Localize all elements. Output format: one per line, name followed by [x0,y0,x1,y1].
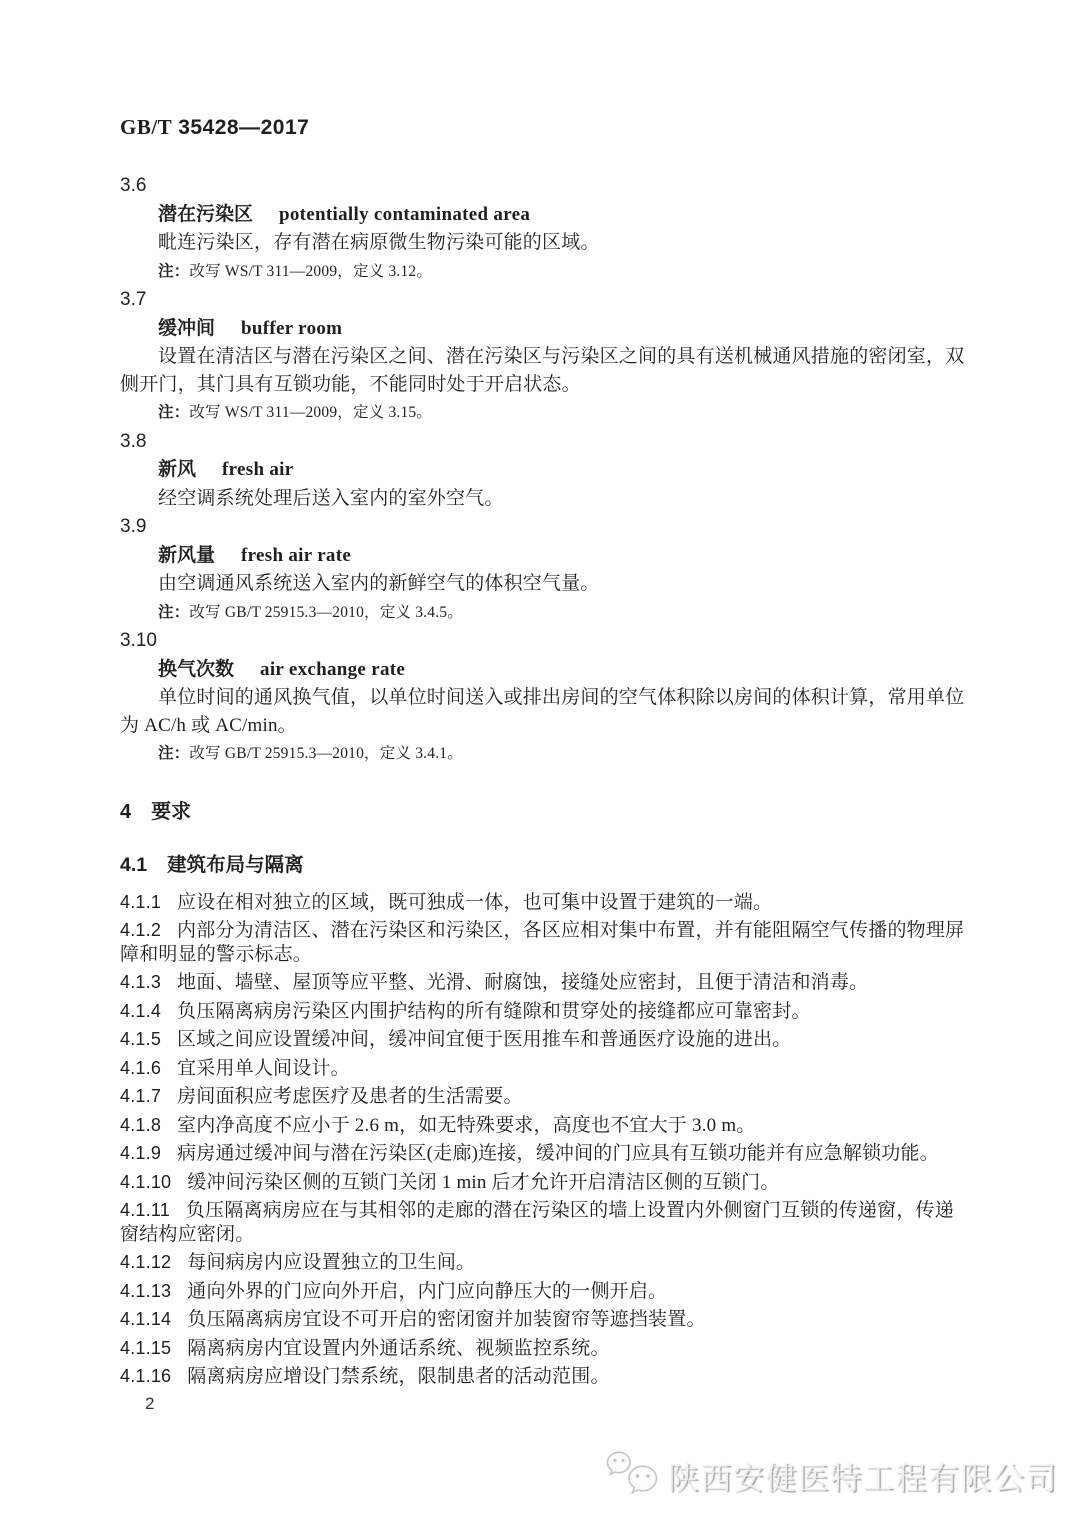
clause-4-1-2: 4.1.2内部分为清洁区、潜在污染区和污染区，各区应相对集中布置，并有能阻隔空气… [120,919,972,966]
clause-number: 4.1.7 [120,1086,161,1106]
clause-number: 4.1.9 [120,1143,161,1163]
clause-4-1-8: 4.1.8室内净高度不应小于 2.6 m，如无特殊要求，高度也不宜大于 3.0 … [120,1114,972,1138]
section-4-1-heading: 4.1建筑布局与隔离 [120,849,972,877]
term-title-en: fresh air rate [241,545,351,566]
term-group-3-10: 3.10 换气次数air exchange rate 单位时间的通风换气值，以单… [120,627,972,768]
term-definition: 毗连污染区，存有潜在病原微生物污染可能的区域。 [120,229,972,257]
clause-text: 负压隔离病房宜设不可开启的密闭窗并加装窗帘等遮挡装置。 [187,1309,705,1330]
clause-text: 室内净高度不应小于 2.6 m，如无特殊要求，高度也不宜大于 3.0 m。 [177,1115,755,1136]
clause-number: 4.1.10 [120,1172,171,1192]
clause-number: 4.1.2 [120,920,161,940]
clause-text: 病房通过缓冲间与潜在污染区(走廊)连接，缓冲间的门应具有互锁功能并有应急解锁功能… [177,1143,939,1164]
section-4-title: 要求 [151,801,191,823]
clause-number: 4.1.14 [120,1309,171,1329]
term-definition: 单位时间的通风换气值，以单位时间送入或排出房间的空气体积除以房间的体积计算，常用… [120,684,972,739]
term-title: 新风量fresh air rate [158,542,972,570]
section-4-1-number: 4.1 [120,854,147,876]
clause-4-1-16: 4.1.16隔离病房应增设门禁系统，限制患者的活动范围。 [120,1365,972,1389]
clause-4-1-4: 4.1.4负压隔离病房污染区内围护结构的所有缝隙和贯穿处的接缝都应可靠密封。 [120,1000,972,1024]
term-title-cn: 换气次数 [158,659,234,680]
term-id: 3.9 [120,513,972,541]
clause-number: 4.1.8 [120,1115,161,1135]
company-watermark: 陕西安健医特工程有限公司 [604,1449,1058,1502]
term-title: 换气次数air exchange rate [158,656,972,684]
clause-text: 隔离病房内宜设置内外通话系统、视频监控系统。 [187,1338,609,1359]
clause-number: 4.1.6 [120,1058,161,1078]
clause-4-1-6: 4.1.6宜采用单人间设计。 [120,1057,972,1081]
term-title: 缓冲间buffer room [158,315,972,343]
term-id: 3.10 [120,627,972,655]
term-definition: 设置在清洁区与潜在污染区之间、潜在污染区与污染区之间的具有送机械通风措施的密闭室… [120,343,972,398]
term-definition: 由空调通风系统送入室内的新鲜空气的体积空气量。 [120,570,972,598]
clause-4-1-10: 4.1.10缓冲间污染区侧的互锁门关闭 1 min 后才允许开启清洁区侧的互锁门… [120,1171,972,1195]
term-title: 潜在污染区potentially contaminated area [158,201,972,229]
clause-4-1-7: 4.1.7房间面积应考虑医疗及患者的生活需要。 [120,1085,972,1109]
clause-list: 4.1.1应设在相对独立的区域，既可独成一体，也可集中设置于建筑的一端。 4.1… [120,891,972,1389]
term-group-3-6: 3.6 潜在污染区potentially contaminated area 毗… [120,172,972,285]
clause-text: 应设在相对独立的区域，既可独成一体，也可集中设置于建筑的一端。 [177,892,772,913]
wechat-icon [604,1449,660,1502]
terms-section: 3.6 潜在污染区potentially contaminated area 毗… [120,172,972,768]
doc-number-digits: 35428—2017 [178,116,309,139]
term-note: 注：改写 WS/T 311—2009，定义 3.15。 [158,399,972,427]
clause-text: 通向外界的门应向外开启，内门应向静压大的一侧开启。 [187,1281,667,1302]
clause-4-1-13: 4.1.13通向外界的门应向外开启，内门应向静压大的一侧开启。 [120,1280,972,1304]
clause-number: 4.1.12 [120,1252,171,1272]
clause-4-1-5: 4.1.5区域之间应设置缓冲间，缓冲间宜便于医用推车和普通医疗设施的进出。 [120,1028,972,1052]
term-title-cn: 新风 [158,459,196,480]
term-title-cn: 潜在污染区 [158,204,253,225]
clause-4-1-3: 4.1.3地面、墙壁、屋顶等应平整、光滑、耐腐蚀，接缝处应密封，且便于清洁和消毒… [120,971,972,995]
term-note: 注：改写 WS/T 311—2009，定义 3.12。 [158,258,972,286]
term-title-cn: 新风量 [158,545,215,566]
clause-number: 4.1.15 [120,1338,171,1358]
clause-number: 4.1.11 [120,1200,170,1220]
clause-text: 隔离病房应增设门禁系统，限制患者的活动范围。 [187,1366,609,1387]
clause-4-1-9: 4.1.9病房通过缓冲间与潜在污染区(走廊)连接，缓冲间的门应具有互锁功能并有应… [120,1142,972,1166]
clause-4-1-14: 4.1.14负压隔离病房宜设不可开启的密闭窗并加装窗帘等遮挡装置。 [120,1308,972,1332]
term-title: 新风fresh air [158,456,972,484]
term-definition: 经空调系统处理后送入室内的室外空气。 [120,485,972,513]
term-title-en: fresh air [222,459,293,480]
clause-text: 区域之间应设置缓冲间，缓冲间宜便于医用推车和普通医疗设施的进出。 [177,1029,791,1050]
section-4-1-title: 建筑布局与隔离 [167,855,304,876]
clause-text: 负压隔离病房污染区内围护结构的所有缝隙和贯穿处的接缝都应可靠密封。 [177,1001,811,1022]
section-4-heading: 4要求 [120,795,972,824]
clause-text: 缓冲间污染区侧的互锁门关闭 1 min 后才允许开启清洁区侧的互锁门。 [187,1172,779,1193]
clause-number: 4.1.1 [120,892,161,912]
clause-number: 4.1.3 [120,972,161,992]
term-note: 注：改写 GB/T 25915.3—2010，定义 3.4.1。 [158,740,972,768]
clause-text: 地面、墙壁、屋顶等应平整、光滑、耐腐蚀，接缝处应密封，且便于清洁和消毒。 [177,972,868,993]
term-id: 3.8 [120,428,972,456]
term-id: 3.7 [120,286,972,314]
clause-text: 房间面积应考虑医疗及患者的生活需要。 [177,1086,523,1107]
clause-text: 内部分为清洁区、潜在污染区和污染区，各区应相对集中布置，并有能阻隔空气传播的物理… [120,920,964,965]
clause-number: 4.1.13 [120,1281,171,1301]
clause-text: 负压隔离病房应在与其相邻的走廊的潜在污染区的墙上设置内外侧窗门互锁的传递窗，传递… [120,1200,954,1245]
clause-text: 每间病房内应设置独立的卫生间。 [187,1252,475,1273]
standard-document-page: GB/T35428—2017 3.6 潜在污染区potentially cont… [0,0,1080,1528]
watermark-text: 陕西安健医特工程有限公司 [668,1453,1058,1498]
term-group-3-7: 3.7 缓冲间buffer room 设置在清洁区与潜在污染区之间、潜在污染区与… [120,286,972,427]
term-title-en: potentially contaminated area [279,204,530,225]
term-note: 注：改写 GB/T 25915.3—2010，定义 3.4.5。 [158,599,972,627]
term-title-en: buffer room [241,318,342,339]
clause-number: 4.1.4 [120,1001,161,1021]
clause-text: 宜采用单人间设计。 [177,1058,350,1079]
section-4-number: 4 [120,801,131,823]
term-group-3-9: 3.9 新风量fresh air rate 由空调通风系统送入室内的新鲜空气的体… [120,513,972,626]
term-title-cn: 缓冲间 [158,318,215,339]
clause-4-1-1: 4.1.1应设在相对独立的区域，既可独成一体，也可集中设置于建筑的一端。 [120,891,972,915]
term-title-en: air exchange rate [260,659,405,680]
term-group-3-8: 3.8 新风fresh air 经空调系统处理后送入室内的室外空气。 [120,428,972,513]
doc-number-prefix: GB/T [120,115,172,139]
clause-4-1-11: 4.1.11负压隔离病房应在与其相邻的走廊的潜在污染区的墙上设置内外侧窗门互锁的… [120,1199,972,1246]
doc-number: GB/T35428—2017 [120,115,972,140]
clause-4-1-15: 4.1.15隔离病房内宜设置内外通话系统、视频监控系统。 [120,1337,972,1361]
term-id: 3.6 [120,172,972,200]
page-number: 2 [145,1394,972,1414]
clause-4-1-12: 4.1.12每间病房内应设置独立的卫生间。 [120,1251,972,1275]
clause-number: 4.1.16 [120,1366,171,1386]
clause-number: 4.1.5 [120,1029,161,1049]
